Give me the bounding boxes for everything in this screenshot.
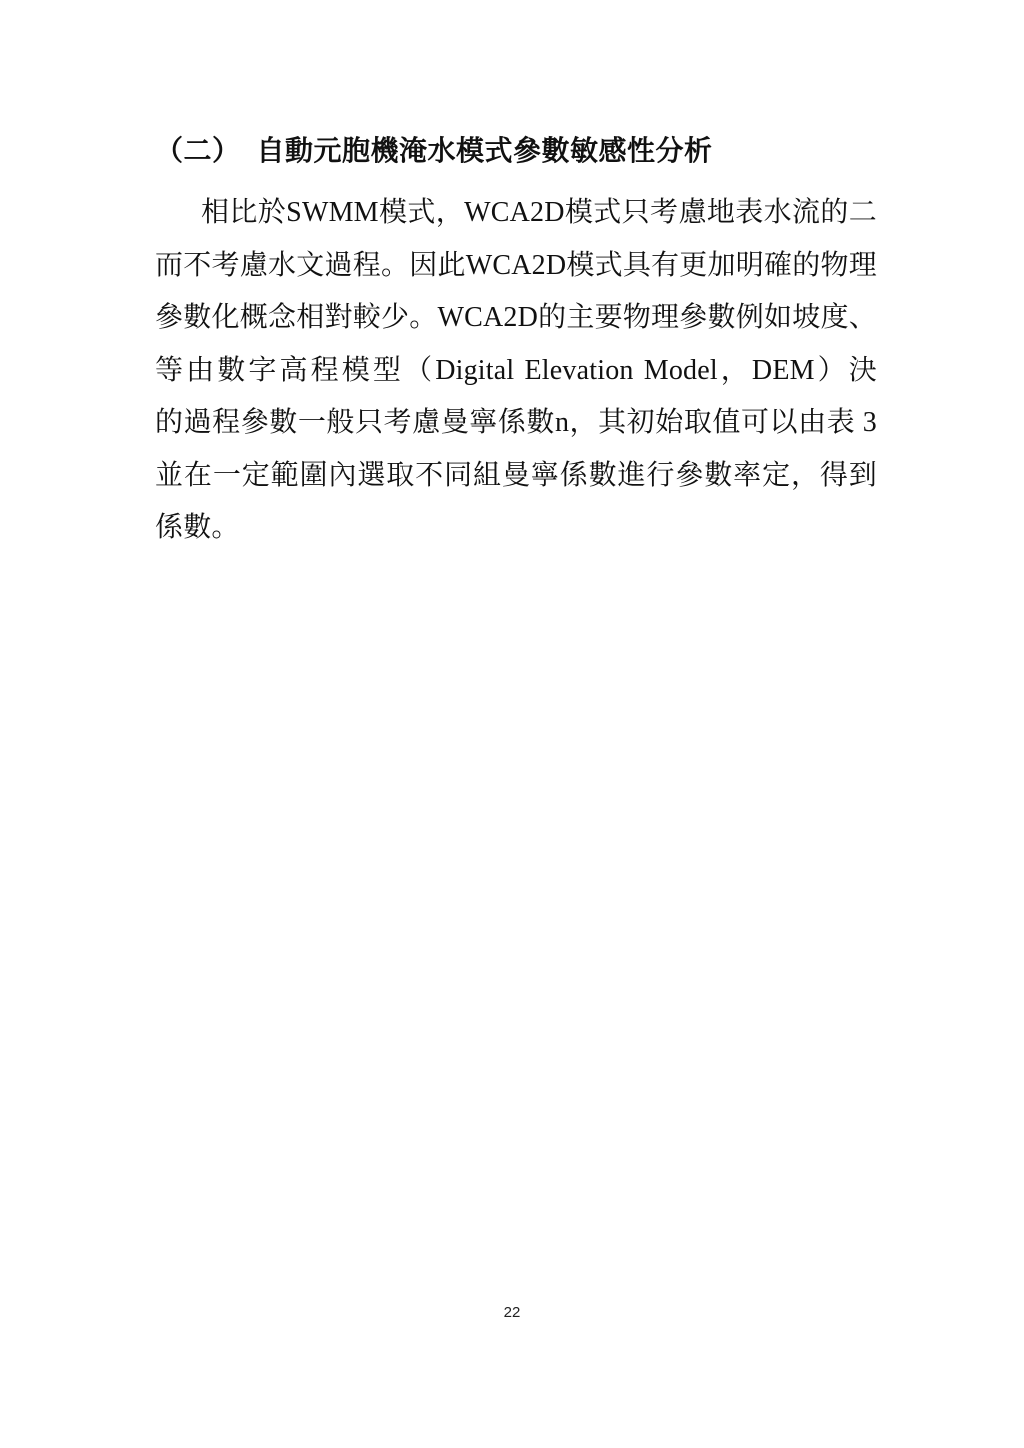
paragraph-line: 等由數字高程模型（Digital Elevation Model，DEM）決定。… (155, 345, 877, 398)
page-number: 22 (0, 1304, 1024, 1321)
section-title: 自動元胞機淹水模式參數敏感性分析 (257, 136, 713, 167)
paragraph-line: 係數。 (155, 502, 877, 555)
paragraph-line: 參數化概念相對較少。WCA2D的主要物理參數例如坡度、單元面積 (155, 292, 877, 345)
paragraph-line: 而不考慮水文過程。因此WCA2D模式具有更加明確的物理意義，而 (155, 240, 877, 293)
section-heading: （二）自動元胞機淹水模式參數敏感性分析 (155, 130, 877, 174)
page-content: （二）自動元胞機淹水模式參數敏感性分析 相比於SWMM模式，WCA2D模式只考慮… (155, 130, 877, 555)
document-page: （二）自動元胞機淹水模式參數敏感性分析 相比於SWMM模式，WCA2D模式只考慮… (0, 0, 1024, 1448)
section-number: （二） (155, 136, 241, 167)
paragraph-line: 並在一定範圍內選取不同組曼寧係數進行參數率定，得到合適的曼寧 (155, 450, 877, 503)
paragraph-line: 相比於SWMM模式，WCA2D模式只考慮地表水流的二維運動， (155, 187, 877, 240)
body-paragraph: 相比於SWMM模式，WCA2D模式只考慮地表水流的二維運動， 而不考慮水文過程。… (155, 187, 877, 555)
paragraph-line: 的過程參數一般只考慮曼寧係數n，其初始取值可以由表 3 - 2決定， (155, 397, 877, 450)
